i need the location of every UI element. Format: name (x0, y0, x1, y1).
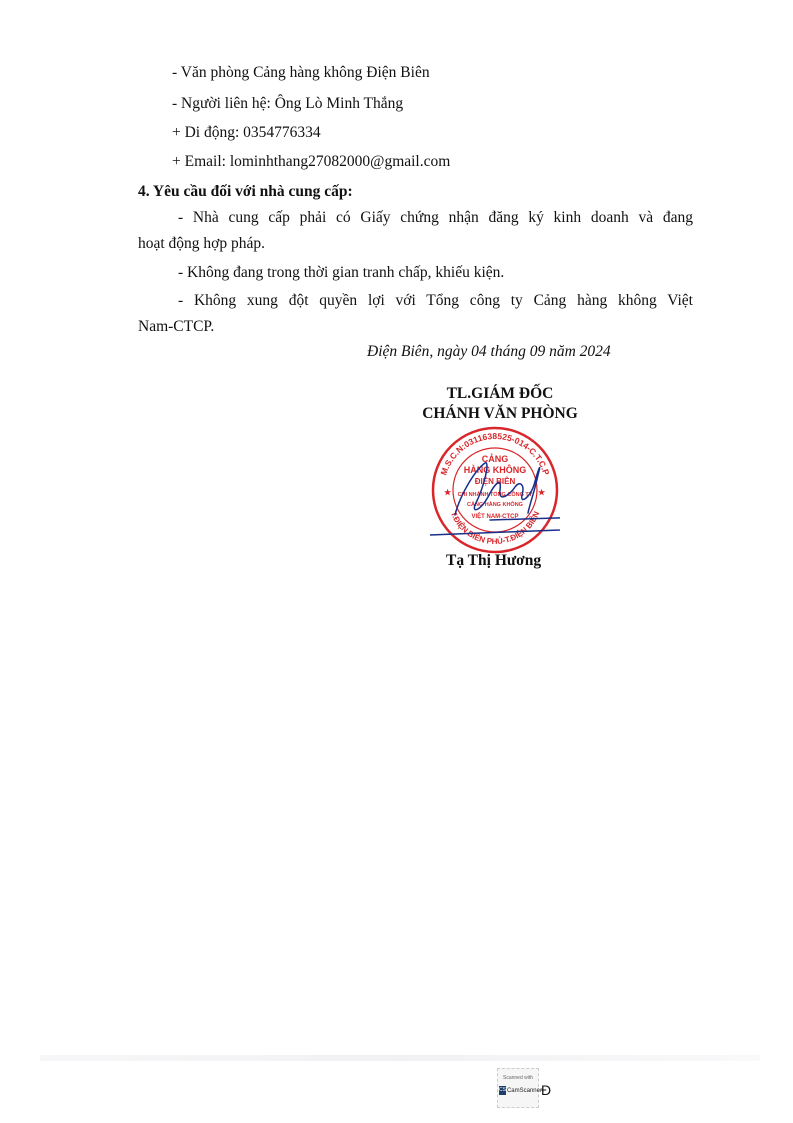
camscanner-watermark: Scanned with CS CamScanner (497, 1068, 539, 1108)
requirement-3-line1: - Không xung đột quyền lợi với Tổng công… (138, 292, 693, 310)
contact-person: - Người liên hệ: Ông Lò Minh Thắng (172, 95, 403, 113)
contact-phone: + Di động: 0354776334 (172, 124, 321, 142)
requirement-2: - Không đang trong thời gian tranh chấp,… (178, 264, 504, 282)
requirement-1-line2: hoạt động hợp pháp. (138, 235, 265, 253)
place-date: Điện Biên, ngày 04 tháng 09 năm 2024 (367, 343, 611, 361)
svg-text:★: ★ (538, 488, 546, 497)
contact-office: - Văn phòng Cảng hàng không Điện Biên (172, 64, 430, 82)
camscanner-brand: CamScanner (507, 1088, 542, 1094)
signature-title-2: CHÁNH VĂN PHÒNG (400, 405, 600, 423)
section-4-heading: 4. Yêu cầu đối với nhà cung cấp: (138, 183, 353, 201)
signer-name: Tạ Thị Hương (446, 552, 541, 570)
requirement-3-line2: Nam-CTCP. (138, 318, 214, 336)
scan-artifact (40, 1055, 760, 1061)
trailing-character: Đ (541, 1082, 551, 1098)
svg-text:HÀNG KHÔNG: HÀNG KHÔNG (464, 464, 527, 475)
svg-text:★: ★ (444, 488, 452, 497)
signature-title-1: TL.GIÁM ĐỐC (400, 385, 600, 403)
camscanner-logo-icon: CS (499, 1086, 506, 1095)
company-stamp: M.S.C.N:0311638525-014-C.T.C.P T.ĐIỆN BI… (430, 425, 560, 555)
requirement-1-line1: - Nhà cung cấp phải có Giấy chứng nhận đ… (138, 209, 693, 227)
contact-email: + Email: lominhthang27082000@gmail.com (172, 153, 450, 171)
